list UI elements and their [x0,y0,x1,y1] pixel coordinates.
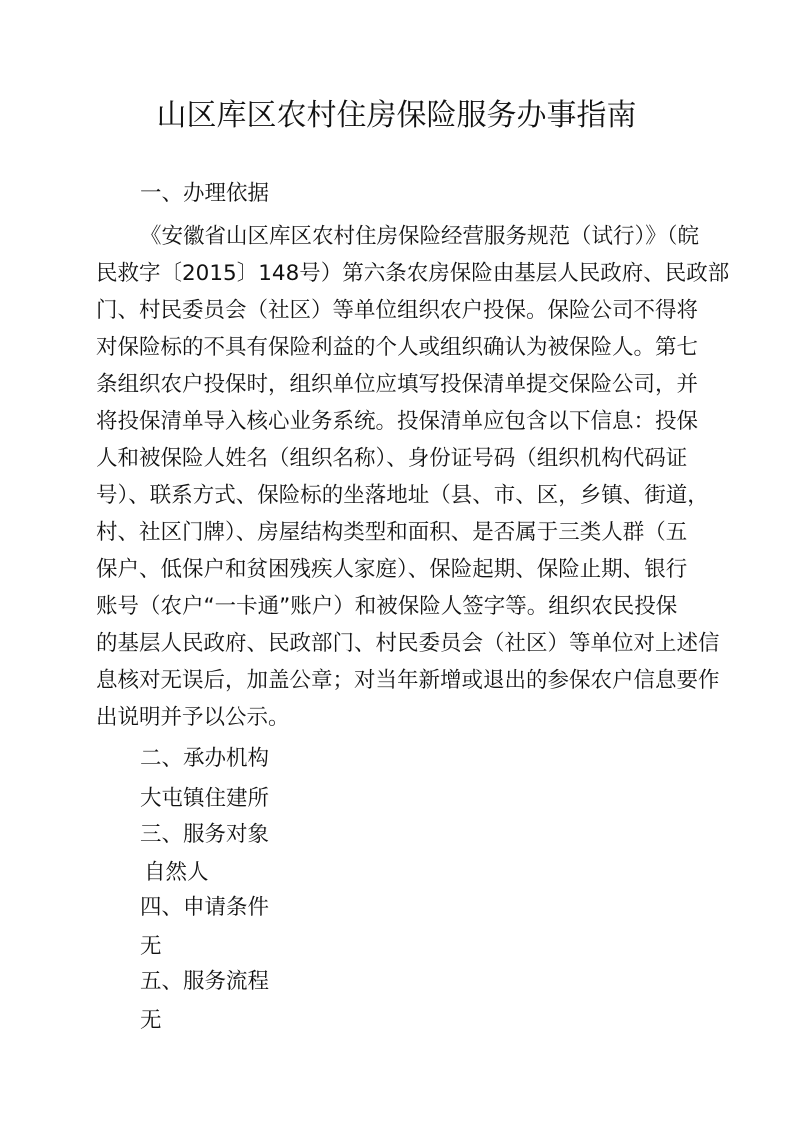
page-title: 山区库区农村住房保险服务办事指南 [0,96,793,136]
section-heading-target: 三、服务对象 [140,820,269,850]
section-value-process: 无 [140,1006,162,1036]
paragraph-line: 号）、联系方式、保险标的坐落地址（县、市、区，乡镇、街道， [96,481,709,511]
section-heading-process: 五、服务流程 [140,967,269,997]
paragraph-line: 条组织农户投保时，组织单位应填写投保清单提交保险公司，并 [96,370,698,400]
paragraph-line: 门、村民委员会（社区）等单位组织农户投保。保险公司不得将 [96,296,698,326]
paragraph-line: 民救字〔2015〕148号）第六条农房保险由基层人民政府、民政部 [96,259,729,289]
paragraph-line: 账号（农户“一卡通”账户）和被保险人签字等。组织农民投保 [96,592,677,622]
paragraph-line: 《安徽省山区库区农村住房保险经营服务规范（试行）》（皖 [140,222,699,252]
section-value-conditions: 无 [140,932,162,962]
section-heading-basis: 一、办理依据 [140,179,269,209]
paragraph-line: 出说明并予以公示。 [96,703,290,733]
paragraph-line: 息核对无误后，加盖公章；对当年新增或退出的参保农户信息要作 [96,666,720,696]
paragraph-line: 将投保清单导入核心业务系统。投保清单应包含以下信息：投保 [96,407,698,437]
section-heading-agency: 二、承办机构 [140,744,269,774]
section-value-agency: 大屯镇住建所 [140,784,269,814]
paragraph-line: 人和被保险人姓名（组织名称）、身份证号码（组织机构代码证 [96,444,687,474]
paragraph-line: 的基层人民政府、民政部门、村民委员会（社区）等单位对上述信 [96,629,720,659]
section-heading-conditions: 四、申请条件 [140,893,269,923]
section-value-target: 自然人 [144,858,209,888]
paragraph-line: 保户、低保户和贫困残疾人家庭）、保险起期、保险止期、银行 [96,555,687,585]
paragraph-line: 对保险标的不具有保险利益的个人或组织确认为被保险人。第七 [96,333,698,363]
paragraph-line: 村、社区门牌）、房屋结构类型和面积、是否属于三类人群（五 [96,518,687,548]
